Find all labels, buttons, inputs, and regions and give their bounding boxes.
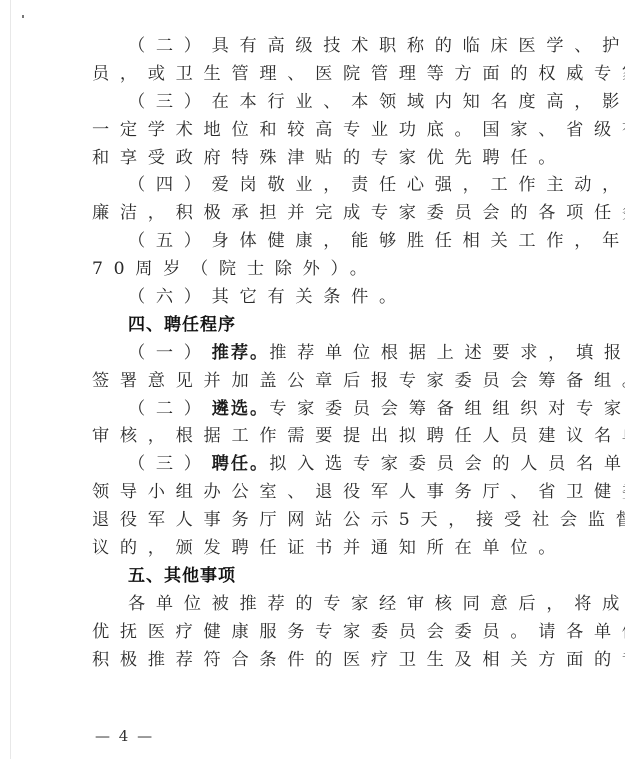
line-text: 推荐单位根据上述要求，填报专家推荐表， (269, 343, 625, 363)
text-line: 和享受政府特殊津贴的专家优先聘任。 (92, 145, 544, 173)
line-text: 一定学术地位和较高专业功底。国家、省级有突出贡献的专家 (92, 120, 625, 140)
heading-text: 五、其他事项 (128, 566, 236, 586)
text-line: （三）聘任。拟入选专家委员会的人员名单经省双拥工作 (92, 451, 544, 479)
text-line: （二）具有高级技术职称的临床医学、护理等专业技术人 (92, 33, 544, 61)
page-edge-line (10, 0, 11, 759)
text-line: 议的，颁发聘任证书并通知所在单位。 (92, 535, 544, 563)
item-keyword: 遴选。 (212, 399, 270, 419)
line-text: 拟入选专家委员会的人员名单经省双拥工作 (269, 454, 625, 474)
line-text: 廉洁，积极承担并完成专家委员会的各项任务。 (92, 203, 625, 223)
line-text: （三）在本行业、本领域内知名度高，影响力较大，具有 (128, 92, 625, 112)
line-text: 审核，根据工作需要提出拟聘任人员建议名单。 (92, 426, 625, 446)
line-text: 签署意见并加盖公章后报专家委员会筹备组。 (92, 371, 625, 391)
text-line: 审核，根据工作需要提出拟聘任人员建议名单。 (92, 423, 544, 451)
line-text: 优抚医疗健康服务专家委员会委员。请各单位给予大力支持， (92, 622, 625, 642)
line-text: 和享受政府特殊津贴的专家优先聘任。 (92, 148, 566, 168)
line-text: （六）其它有关条件。 (128, 287, 407, 307)
text-line: 廉洁，积极承担并完成专家委员会的各项任务。 (92, 200, 544, 228)
text-line: 各单位被推荐的专家经审核同意后，将成为第一届四川省 (92, 591, 544, 619)
text-line: （三）在本行业、本领域内知名度高，影响力较大，具有 (92, 89, 544, 117)
line-text: 积极推荐符合条件的医疗卫生及相关方面的专家，协助做好专 (92, 650, 625, 670)
text-line: （六）其它有关条件。 (92, 284, 544, 312)
text-line: 积极推荐符合条件的医疗卫生及相关方面的专家，协助做好专 (92, 647, 544, 675)
text-line: （一）推荐。推荐单位根据上述要求，填报专家推荐表， (92, 340, 544, 368)
line-text: 员，或卫生管理、医院管理等方面的权威专家。 (92, 64, 625, 84)
heading-text: 四、聘任程序 (128, 315, 236, 335)
text-line: 一定学术地位和较高专业功底。国家、省级有突出贡献的专家 (92, 117, 544, 145)
line-text: 专家委员会筹备组组织对专家申请材料进行 (269, 399, 625, 419)
line-text: 议的，颁发聘任证书并通知所在单位。 (92, 538, 566, 558)
text-line: 员，或卫生管理、医院管理等方面的权威专家。 (92, 61, 544, 89)
item-prefix: （三） (128, 454, 212, 474)
line-text: （五）身体健康，能够胜任相关工作，年龄原则上不超过 (128, 231, 625, 251)
item-prefix: （一） (128, 343, 212, 363)
scan-mark (22, 15, 24, 18)
text-line: 退役军人事务厅网站公示5天，接受社会监督，公示期满无异 (92, 507, 544, 535)
text-line: 优抚医疗健康服务专家委员会委员。请各单位给予大力支持， (92, 619, 544, 647)
item-keyword: 聘任。 (212, 454, 270, 474)
section-heading-appointment-procedure: 四、聘任程序 (92, 312, 544, 340)
text-line: 领导小组办公室、退役军人事务厅、省卫健委审核同意后，在 (92, 479, 544, 507)
text-line: （二）遴选。专家委员会筹备组组织对专家申请材料进行 (92, 396, 544, 424)
line-text: 领导小组办公室、退役军人事务厅、省卫健委审核同意后，在 (92, 482, 625, 502)
item-prefix: （二） (128, 399, 212, 419)
text-line: （五）身体健康，能够胜任相关工作，年龄原则上不超过 (92, 228, 544, 256)
document-page: （二）具有高级技术职称的临床医学、护理等专业技术人 员，或卫生管理、医院管理等方… (92, 33, 544, 674)
text-line: 70周岁（院士除外）。 (92, 256, 544, 284)
section-heading-other-matters: 五、其他事项 (92, 563, 544, 591)
line-text: 退役军人事务厅网站公示5天，接受社会监督，公示期满无异 (92, 510, 625, 530)
line-text: （四）爱岗敬业，责任心强，工作主动，坚持原则，公正 (128, 175, 625, 195)
line-text: 各单位被推荐的专家经审核同意后，将成为第一届四川省 (128, 594, 625, 614)
text-line: 签署意见并加盖公章后报专家委员会筹备组。 (92, 368, 544, 396)
item-keyword: 推荐。 (212, 343, 270, 363)
text-line: （四）爱岗敬业，责任心强，工作主动，坚持原则，公正 (92, 172, 544, 200)
page-number: — 4 — (95, 727, 154, 745)
line-text: 70周岁（院士除外）。 (92, 259, 378, 279)
line-text: （二）具有高级技术职称的临床医学、护理等专业技术人 (128, 36, 625, 56)
